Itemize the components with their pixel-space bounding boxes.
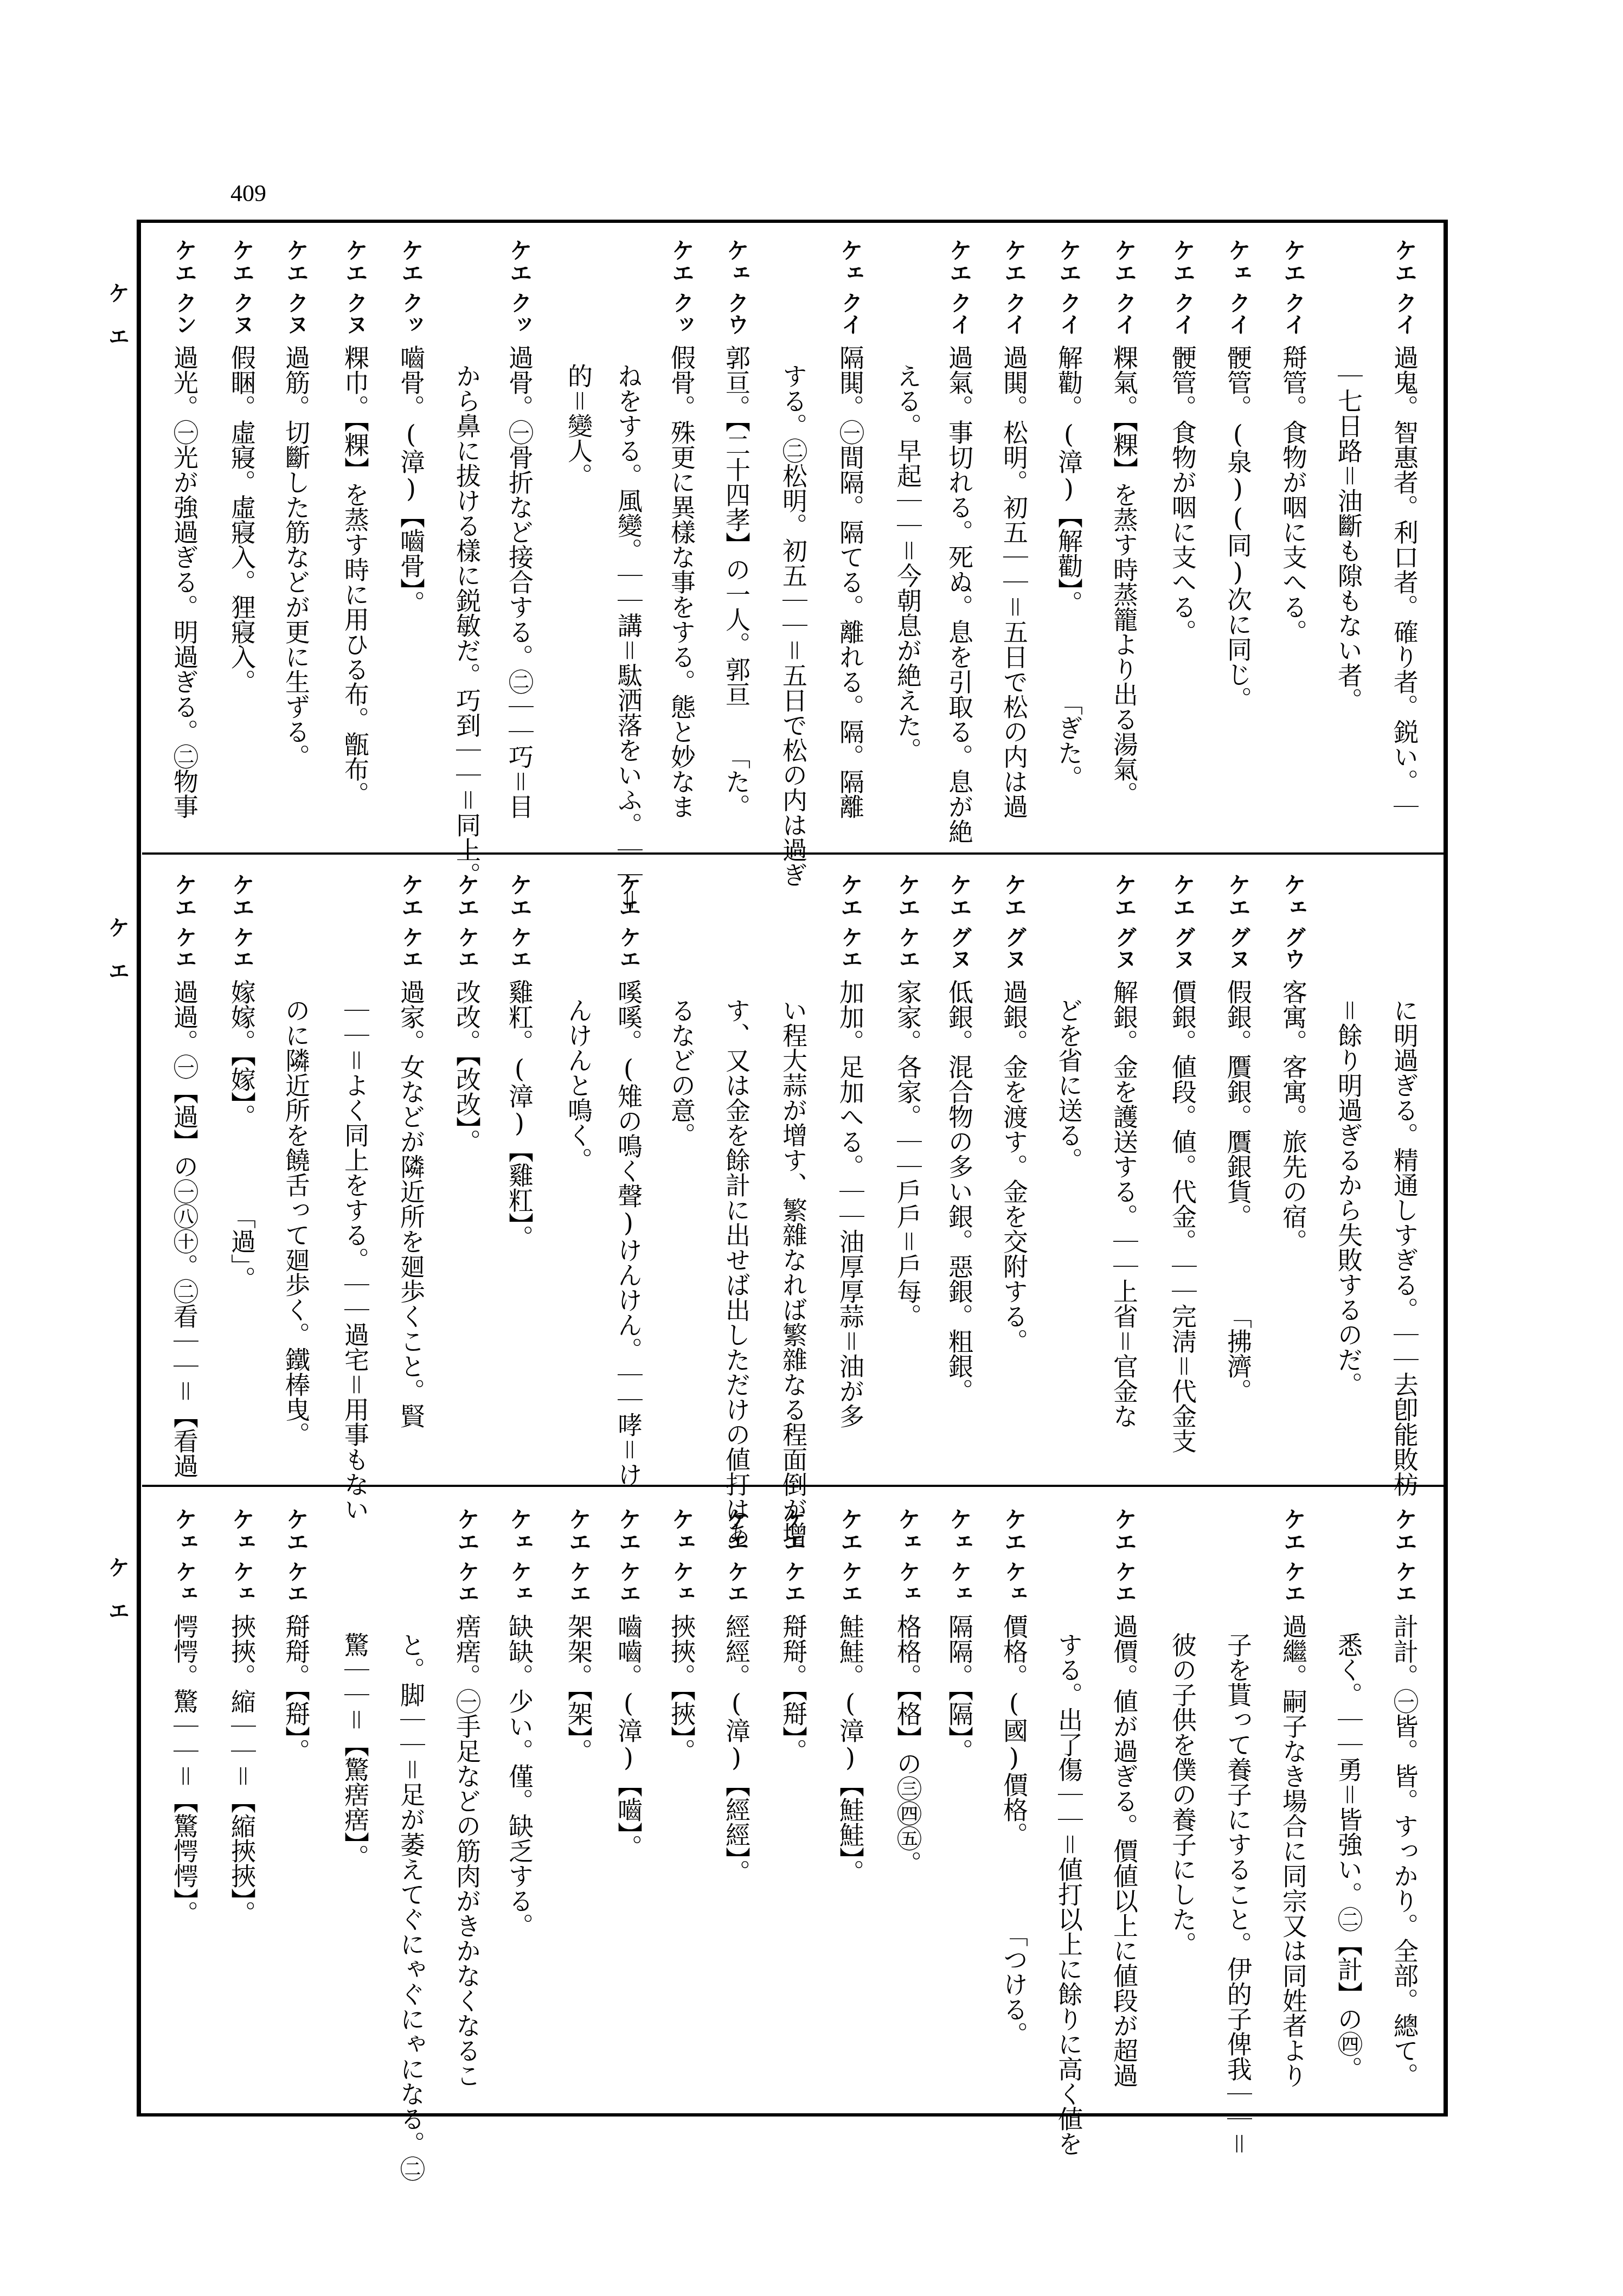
dictionary-entry: ケエクッ過骨。㊀骨折など接合する。㊁｜｜巧＝目: [503, 239, 536, 819]
headword-initial: ケエ: [998, 873, 1030, 919]
headword-initial: ケエ: [226, 873, 258, 919]
headword-initial: ケエ: [612, 1508, 645, 1553]
dictionary-entry: ケエグヌ假銀。贋銀。贋銀貨。 「拂濟。: [1222, 873, 1254, 1403]
headword-reading: クッ: [665, 292, 698, 335]
headword-reading: クヌ: [280, 292, 312, 335]
entry-definition: 過過。㊀【過】の㊀㊇㊉。㊁看｜｜＝【看過: [170, 979, 199, 1478]
entry-definition: える。早起｜｜＝今朝息が絶えた。: [893, 363, 922, 762]
entry-definition: るなどの意。: [667, 998, 696, 1147]
headword-initial: ケエ: [943, 873, 976, 919]
entry-definition: 加加。足加へる。｜｜油厚厚蒜＝油が多: [836, 979, 865, 1428]
headword-reading: ケエ: [280, 1561, 312, 1604]
headword-initial: ケエ: [339, 239, 371, 284]
entry-definition: 嫁嫁。【嫁】。 「過」。: [227, 979, 256, 1291]
dictionary-entry: ケエクッ假骨。殊更に異樣な事をする。態と妙なま: [665, 239, 698, 819]
headword-initial: ケェ: [503, 1508, 536, 1553]
entry-definition: 假骨。殊更に異樣な事をする。態と妙なま: [667, 345, 696, 819]
headword-reading: クウ: [720, 292, 753, 335]
entry-definition: どを省に送る。: [1054, 998, 1083, 1172]
headword-initial: ケエ: [665, 239, 698, 284]
dictionary-entry: ケェケェ挾挾。【挾】。: [665, 1508, 698, 1763]
headword-initial: ケエ: [280, 1508, 312, 1553]
entry-definition: 假睏。虛寢。虛寢入。狸寢入。: [227, 345, 256, 694]
dictionary-entry: ケエクヌ假睏。虛寢。虛寢入。狸寢入。: [226, 239, 258, 694]
headword-initial: ケエ: [503, 239, 536, 284]
dictionary-entry: ケェクイ骾管。(泉)(同)次に同じ。: [1222, 239, 1254, 711]
headword-initial: ケェ: [1277, 873, 1310, 919]
headword-initial: ケェ: [665, 1508, 698, 1553]
dictionary-entry: ケエクイ過鬼。智惠者。利口者。確り者。鋭い。｜: [1388, 239, 1421, 819]
entry-definition: のに隣近所を饒舌って廻歩く。鐵棒曳。: [281, 998, 311, 1447]
entry-definition: 過閧。松明。初五｜｜＝五日で松の内は過: [999, 345, 1029, 819]
headword-initial: ケエ: [1388, 239, 1421, 284]
headword-reading: ケェ: [943, 1561, 976, 1604]
headword-reading: ケエ: [451, 926, 483, 970]
entry-definition: と。脚｜｜＝足が萎えてぐにゃぐにゃになる。㊁: [396, 1632, 426, 2181]
headword-reading: ケェ: [168, 1561, 201, 1604]
headword-reading: クイ: [1166, 292, 1199, 335]
headword-initial: ケェ: [226, 1508, 258, 1553]
section-tab-2: ケエ: [106, 916, 133, 1003]
dictionary-entry: ケェグウ客寓。客寓。旅先の宿。: [1277, 873, 1310, 1254]
entry-definition: 過骨。㊀骨折など接合する。㊁｜｜巧＝目: [505, 345, 534, 819]
headword-initial: ケェ: [943, 1508, 976, 1553]
entry-definition: 挾挾。【挾】。: [667, 1614, 696, 1763]
headword-reading: ケエ: [168, 926, 201, 970]
headword-initial: ケエ: [1108, 873, 1140, 919]
entry-definition: 缺缺。少い。僅。缺乏する。: [505, 1614, 534, 1938]
dictionary-entry: ケエクイ過閧。松明。初五｜｜＝五日で松の内は過: [998, 239, 1030, 819]
headword-reading: グヌ: [943, 926, 976, 970]
entry-definition: ねをする。風變。｜｜講＝駄洒落をいふ。｜｜＝: [614, 363, 643, 912]
entry-continuation: ｜｜＝よく同上をする。｜｜過宅＝用事もない: [339, 998, 371, 1522]
headword-reading: グヌ: [1222, 926, 1254, 970]
entry-continuation: 子を貰って養子にすること。伊的子俾我｜｜＝: [1222, 1632, 1254, 2156]
headword-reading: ケェ: [998, 1561, 1030, 1604]
entry-definition: 解銀。金を護送する。｜｜上省＝官金な: [1109, 979, 1139, 1428]
dictionary-entry: ケエグヌ過銀。金を渡す。金を交附する。: [998, 873, 1030, 1354]
entry-definition: 骾管。食物が咽に支へる。: [1168, 345, 1197, 644]
headword-initial: ケェ: [1222, 239, 1254, 284]
entry-definition: 改改。【改改】。: [452, 979, 482, 1154]
headword-initial: ケエ: [1277, 239, 1310, 284]
headword-initial: ケエ: [168, 239, 201, 284]
headword-initial: ケエ: [1166, 239, 1199, 284]
dictionary-entry: ケエケエ改改。【改改】。: [451, 873, 483, 1154]
entry-definition: 搿搿。【搿】。: [779, 1614, 808, 1763]
headword-reading: ケエ: [720, 1561, 753, 1604]
headword-reading: ケエ: [612, 1561, 645, 1604]
entry-definition: 過氣。事切れる。死ぬ。息を引取る。息が絶: [945, 345, 974, 844]
headword-initial: ケエ: [1277, 1508, 1310, 1553]
headword-reading: ケエ: [395, 926, 427, 970]
headword-initial: ケエ: [891, 873, 924, 919]
entry-continuation: と。脚｜｜＝足が萎えてぐにゃぐにゃになる。㊁: [395, 1632, 427, 2181]
headword-reading: グウ: [1277, 926, 1310, 970]
dictionary-entry: ケェケェ缺缺。少い。僅。缺乏する。: [503, 1508, 536, 1938]
headword-initial: ケエ: [1053, 239, 1085, 284]
dictionary-entry: ケエケエ加加。足加へる。｜｜油厚厚蒜＝油が多: [834, 873, 867, 1428]
entry-definition: ｜｜＝よく同上をする。｜｜過宅＝用事もない: [341, 998, 370, 1522]
entry-definition: 解勸。(漳)【解勸】。 「ぎた。: [1054, 345, 1083, 790]
headword-initial: ケエ: [720, 1508, 753, 1553]
entry-continuation: す、又は金を餘計に出せば出しただけの値打はあ: [720, 998, 753, 1547]
headword-reading: ケエ: [777, 1561, 810, 1604]
dictionary-entry: ケエケエ家家。各家。｜｜戶戶＝戶每。: [891, 873, 924, 1329]
headword-initial: ケエ: [834, 1508, 867, 1553]
entry-definition: 骾管。(泉)(同)次に同じ。: [1223, 345, 1253, 711]
entry-definition: 隔閧。㊀間隔。隔てる。離れる。隔。隔離: [836, 345, 865, 819]
entry-continuation: い程大蒜が增す、繁雜なれば繁雜なる程面倒が增: [777, 998, 810, 1547]
headword-initial: ケエ: [1108, 1508, 1140, 1553]
dictionary-entry: ケェクイ隔閧。㊀間隔。隔てる。離れる。隔。隔離: [834, 239, 867, 819]
headword-reading: ケエ: [891, 926, 924, 970]
entry-definition: から鼻に拔ける樣に鋭敏だ。巧到｜｜＝同上。: [452, 363, 482, 887]
entry-definition: 過光。㊀光が強過ぎる。明過ぎる。㊁物事: [170, 345, 199, 819]
entry-definition: 假銀。贋銀。贋銀貨。 「拂濟。: [1223, 979, 1253, 1403]
entry-definition: 家家。各家。｜｜戶戶＝戶每。: [893, 979, 922, 1329]
headword-reading: ケエ: [834, 1561, 867, 1604]
headword-initial: ケエ: [280, 239, 312, 284]
dictionary-entry: ケエケエ架架。【架】。: [562, 1508, 595, 1763]
headword-reading: クヌ: [339, 292, 371, 335]
headword-reading: ケエ: [451, 1561, 483, 1604]
entry-definition: い程大蒜が增す、繁雜なれば繁雜なる程面倒が增: [779, 998, 808, 1547]
entry-continuation: から鼻に拔ける樣に鋭敏だ。巧到｜｜＝同上。: [451, 363, 483, 887]
dictionary-entry: ケエケエ過價。値が過ぎる。價値以上に値段が超過: [1108, 1508, 1140, 2088]
headword-initial: ケエ: [226, 239, 258, 284]
headword-reading: グヌ: [1108, 926, 1140, 970]
dictionary-entry: ケエクイ粿氣。【粿】を蒸す時蒸籠より出る湯氣。: [1108, 239, 1140, 806]
entry-definition: 搿管。食物が咽に支へる。: [1279, 345, 1308, 644]
entry-definition: 粿巾。【粿】を蒸す時に用ひる布。甑布。: [341, 345, 370, 806]
headword-initial: ケエ: [1222, 873, 1254, 919]
dictionary-entry: ケェケェ愕愕。驚｜｜＝【驚愕愕】。: [168, 1508, 201, 1926]
headword-reading: クイ: [998, 292, 1030, 335]
dictionary-entry: ケェケェ格格。【格】の㊂㊃㊄。: [891, 1508, 924, 1876]
entry-continuation: んけんと鳴く。: [562, 998, 595, 1172]
entry-definition: 嚙骨。(漳)【嚙骨】。: [396, 345, 426, 615]
entry-continuation: るなどの意。: [665, 998, 698, 1147]
headword-reading: ケエ: [612, 926, 645, 970]
entry-definition: 粿氣。【粿】を蒸す時蒸籠より出る湯氣。: [1109, 345, 1139, 806]
entry-continuation: ＝餘り明過ぎるから失敗するのだ。: [1332, 998, 1365, 1397]
entry-definition: 過家。女などが隣近所を廻歩くこと。賢: [396, 979, 426, 1428]
headword-reading: グヌ: [998, 926, 1030, 970]
entry-definition: 低銀。混合物の多い銀。惡銀。粗銀。: [945, 979, 974, 1403]
entry-definition: 經經。(漳)【經經】。: [722, 1614, 751, 1884]
entry-continuation: する。出了傷｜｜＝値打以上に餘りに高く値を: [1053, 1632, 1085, 2156]
section-tab-3: ケエ: [106, 1556, 133, 1643]
entry-continuation: ねをする。風變。｜｜講＝駄洒落をいふ。｜｜＝: [612, 363, 645, 912]
headword-initial: ケエ: [1166, 873, 1199, 919]
headword-initial: ケエ: [451, 1508, 483, 1553]
dictionary-entry: ケェケェ隔隔。【隔】。: [943, 1508, 976, 1763]
entry-definition: 驚｜｜＝【驚瘔瘔】。: [341, 1632, 370, 1869]
headword-initial: ケエ: [1108, 239, 1140, 284]
headword-reading: ケエ: [562, 1561, 595, 1604]
entry-definition: 架架。【架】。: [564, 1614, 593, 1763]
dictionary-entry: ケエケエ搿搿。【搿】。: [280, 1508, 312, 1763]
headword-reading: ケエ: [1277, 1561, 1310, 1604]
entry-definition: 悉く。｜｜勇＝皆強い。㊁【計】の㊃。: [1334, 1632, 1363, 2081]
entry-definition: 過繼。嗣子なき場合に同宗又は同姓者より: [1279, 1614, 1308, 2088]
headword-reading: クイ: [943, 292, 976, 335]
entry-definition: んけんと鳴く。: [564, 998, 593, 1172]
entry-definition: 的＝變人。: [564, 363, 593, 488]
entry-definition: する。出了傷｜｜＝値打以上に餘りに高く値を: [1054, 1632, 1083, 2156]
headword-initial: ケエ: [395, 239, 427, 284]
entry-definition: 過筋。切斷した筋などが更に生ずる。: [281, 345, 311, 769]
dictionary-entry: ケエクイ搿管。食物が咽に支へる。: [1277, 239, 1310, 644]
entry-continuation: ｜七日路＝油斷も隙もない者。: [1332, 363, 1365, 713]
headword-reading: クイ: [834, 292, 867, 335]
headword-initial: ケエ: [503, 873, 536, 919]
headword-reading: ケエ: [834, 926, 867, 970]
entry-definition: 郭亘。【二十四孝】の一人。郭亘 「た。: [722, 345, 751, 819]
entry-definition: 過銀。金を渡す。金を交附する。: [999, 979, 1029, 1354]
dictionary-entry: ケエケエ過繼。嗣子なき場合に同宗又は同姓者より: [1277, 1508, 1310, 2088]
headword-reading: ケェ: [226, 1561, 258, 1604]
headword-reading: クン: [168, 292, 201, 335]
dictionary-entry: ケエクッ嚙骨。(漳)【嚙骨】。: [395, 239, 427, 615]
dictionary-entry: ケェケェ挾挾。縮｜｜＝【縮挾挾】。: [226, 1508, 258, 1926]
dictionary-entry: ケエケエ嗘嗘。(雉の鳴く聲)けんけん。｜｜哮＝け: [612, 873, 645, 1487]
entry-definition: 嗘嗘。(雉の鳴く聲)けんけん。｜｜哮＝け: [614, 979, 643, 1487]
entry-definition: 愕愕。驚｜｜＝【驚愕愕】。: [170, 1614, 199, 1926]
headword-reading: ケエ: [1108, 1561, 1140, 1604]
dictionary-entry: ケエケエ搿搿。【搿】。: [777, 1508, 810, 1763]
dictionary-entry: ケエクイ解勸。(漳)【解勸】。 「ぎた。: [1053, 239, 1085, 790]
headword-reading: グヌ: [1166, 926, 1199, 970]
dictionary-entry: ケエグヌ解銀。金を護送する。｜｜上省＝官金な: [1108, 873, 1140, 1428]
entry-continuation: 悉く。｜｜勇＝皆強い。㊁【計】の㊃。: [1332, 1632, 1365, 2081]
dictionary-entry: ケエクイ骾管。食物が咽に支へる。: [1166, 239, 1199, 644]
entry-definition: 價格。(國)價格。 「つける。: [999, 1614, 1029, 2047]
dictionary-entry: ケェクウ郭亘。【二十四孝】の一人。郭亘 「た。: [720, 239, 753, 819]
entry-definition: 彼の子供を僕の養子にした。: [1168, 1632, 1197, 1957]
entry-definition: ＝餘り明過ぎるから失敗するのだ。: [1334, 998, 1363, 1397]
entry-definition: 瘔瘔。㊀手足などの筋肉がきかなくなるこ: [452, 1614, 482, 2088]
dictionary-entry: ケエケエ嫁嫁。【嫁】。 「過」。: [226, 873, 258, 1291]
entry-definition: ｜七日路＝油斷も隙もない者。: [1334, 363, 1363, 713]
headword-initial: ケエ: [562, 1508, 595, 1553]
headword-initial: ケェ: [720, 239, 753, 284]
dictionary-entry: ケエケエ鮭鮭。(漳)【鮭鮭】。: [834, 1508, 867, 1884]
entry-continuation: に明過ぎる。精通しすぎる。｜｜去卽能敗枋: [1388, 998, 1421, 1497]
headword-initial: ケェ: [891, 1508, 924, 1553]
headword-initial: ケエ: [998, 1508, 1030, 1553]
entry-definition: 隔隔。【隔】。: [945, 1614, 974, 1763]
headword-reading: ケエ: [503, 926, 536, 970]
dictionary-entry: ケエクヌ粿巾。【粿】を蒸す時に用ひる布。甑布。: [339, 239, 371, 806]
headword-initial: ケエ: [777, 1508, 810, 1553]
headword-initial: ケェ: [168, 1508, 201, 1553]
headword-reading: ケエ: [226, 926, 258, 970]
dictionary-entry: ケエクイ過氣。事切れる。死ぬ。息を引取る。息が絶: [943, 239, 976, 844]
entry-continuation: する。㊁松明。初五｜｜＝五日で松の内は過ぎ: [777, 363, 810, 887]
entry-continuation: 彼の子供を僕の養子にした。: [1166, 1632, 1199, 1957]
dictionary-entry: ケエケェ價格。(國)價格。 「つける。: [998, 1508, 1030, 2047]
headword-reading: クッ: [503, 292, 536, 335]
entry-definition: 鮭鮭。(漳)【鮭鮭】。: [836, 1614, 865, 1884]
dictionary-entry: ケエグヌ價銀。値段。値。代金。｜｜完淸＝代金支: [1166, 873, 1199, 1453]
entry-definition: 過價。値が過ぎる。價値以上に値段が超過: [1109, 1614, 1139, 2088]
headword-reading: クイ: [1108, 292, 1140, 335]
headword-reading: クッ: [395, 292, 427, 335]
dictionary-entry: ケエケエ計計。㊀皆。皆。すっかり。全部。總て。: [1388, 1508, 1421, 2088]
headword-initial: ケエ: [451, 873, 483, 919]
dictionary-entry: ケエクン過光。㊀光が強過ぎる。明過ぎる。㊁物事: [168, 239, 201, 819]
headword-initial: ケエ: [168, 873, 201, 919]
entry-definition: する。㊁松明。初五｜｜＝五日で松の内は過ぎ: [779, 363, 808, 887]
dictionary-entry: ケエクヌ過筋。切斷した筋などが更に生ずる。: [280, 239, 312, 769]
dictionary-entry: ケエケエ雞䉺。(漳)【雞䉺】。: [503, 873, 536, 1250]
dictionary-entry: ケエグヌ低銀。混合物の多い銀。惡銀。粗銀。: [943, 873, 976, 1403]
entry-continuation: 的＝變人。: [562, 363, 595, 488]
headword-reading: ケェ: [503, 1561, 536, 1604]
headword-reading: クイ: [1053, 292, 1085, 335]
dictionary-entry: ケエケエ瘔瘔。㊀手足などの筋肉がきかなくなるこ: [451, 1508, 483, 2088]
headword-initial: ケエ: [834, 873, 867, 919]
dictionary-entry: ケエケエ過過。㊀【過】の㊀㊇㊉。㊁看｜｜＝【看過: [168, 873, 201, 1478]
headword-initial: ケエ: [612, 873, 645, 919]
entry-definition: 雞䉺。(漳)【雞䉺】。: [505, 979, 534, 1250]
entry-continuation: のに隣近所を饒舌って廻歩く。鐵棒曳。: [280, 998, 312, 1447]
headword-reading: クイ: [1222, 292, 1254, 335]
dictionary-entry: ケエケエ經經。(漳)【經經】。: [720, 1508, 753, 1884]
headword-reading: クヌ: [226, 292, 258, 335]
dictionary-entry: ケエケエ過家。女などが隣近所を廻歩くこと。賢: [395, 873, 427, 1428]
entry-continuation: 驚｜｜＝【驚瘔瘔】。: [339, 1632, 371, 1869]
headword-initial: ケェ: [834, 239, 867, 284]
entry-definition: 過鬼。智惠者。利口者。確り者。鋭い。｜: [1390, 345, 1419, 819]
headword-initial: ケエ: [943, 239, 976, 284]
headword-reading: ケエ: [1388, 1561, 1421, 1604]
entry-definition: 挾挾。縮｜｜＝【縮挾挾】。: [227, 1614, 256, 1926]
section-tab-1: ケエ: [106, 282, 133, 369]
entry-definition: す、又は金を餘計に出せば出しただけの値打はあ: [722, 998, 751, 1547]
entry-definition: 格格。【格】の㊂㊃㊄。: [893, 1614, 922, 1876]
headword-initial: ケエ: [1388, 1508, 1421, 1553]
headword-initial: ケエ: [998, 239, 1030, 284]
headword-reading: クイ: [1277, 292, 1310, 335]
page-number: 409: [230, 182, 266, 206]
entry-definition: 價銀。値段。値。代金。｜｜完淸＝代金支: [1168, 979, 1197, 1453]
entry-definition: 嚙嚙。(漳)【嚙】。: [614, 1614, 643, 1859]
headword-initial: ケエ: [395, 873, 427, 919]
entry-continuation: どを省に送る。: [1053, 998, 1085, 1172]
entry-definition: 客寓。客寓。旅先の宿。: [1279, 979, 1308, 1254]
entry-definition: に明過ぎる。精通しすぎる。｜｜去卽能敗枋: [1390, 998, 1419, 1497]
headword-reading: ケェ: [665, 1561, 698, 1604]
entry-definition: 子を貰って養子にすること。伊的子俾我｜｜＝: [1223, 1632, 1253, 2156]
headword-reading: クイ: [1388, 292, 1421, 335]
headword-reading: ケェ: [891, 1561, 924, 1604]
entry-definition: 計計。㊀皆。皆。すっかり。全部。總て。: [1390, 1614, 1419, 2088]
entry-continuation: える。早起｜｜＝今朝息が絶えた。: [891, 363, 924, 762]
entry-definition: 搿搿。【搿】。: [281, 1614, 311, 1763]
dictionary-entry: ケエケエ嚙嚙。(漳)【嚙】。: [612, 1508, 645, 1859]
